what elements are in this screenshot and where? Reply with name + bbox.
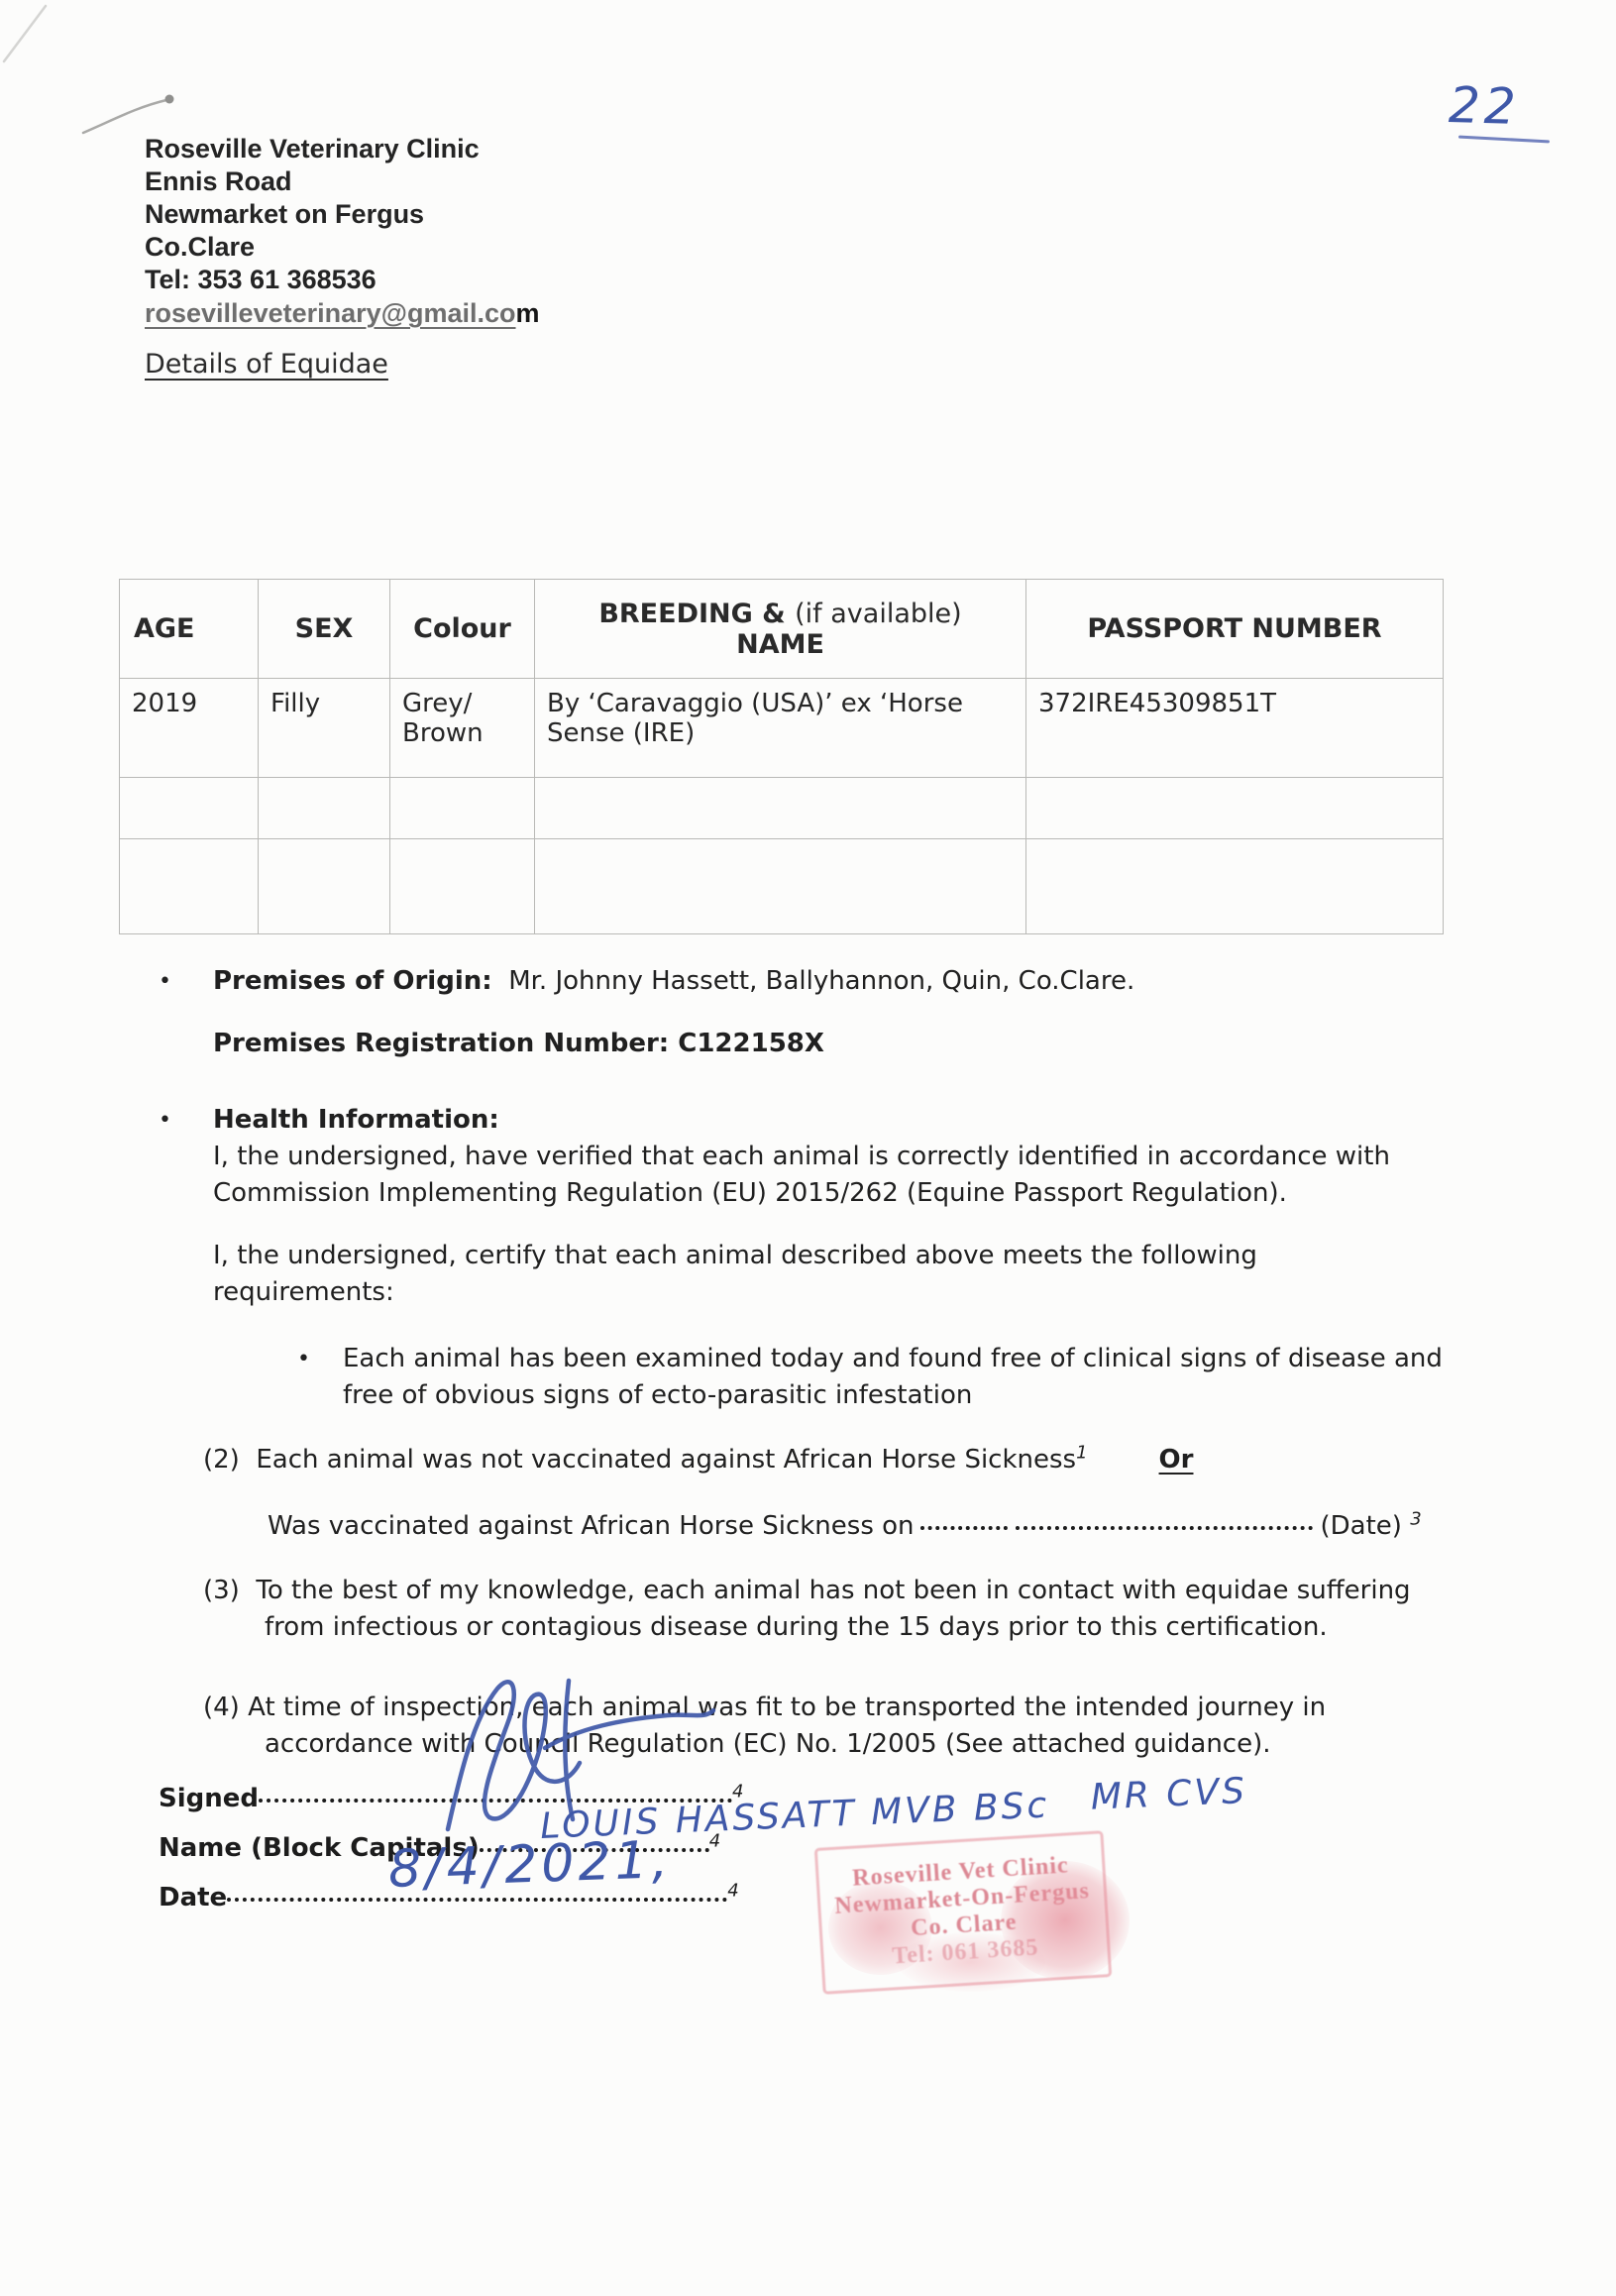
column-header-passport: PASSPORT NUMBER <box>1026 580 1444 679</box>
table-row-empty <box>120 839 1444 934</box>
item-3-text: To the best of my knowledge, each animal… <box>256 1576 1410 1642</box>
premises-label: Premises of Origin: <box>213 966 492 996</box>
cell-empty <box>259 839 390 934</box>
date-label: Date <box>159 1883 227 1913</box>
item-2b: Was vaccinated against African Horse Sic… <box>268 1508 1476 1545</box>
examined-item-text: Each animal has been examined today and … <box>343 1341 1476 1414</box>
or-word: Or <box>1159 1445 1194 1475</box>
section-title-details-of-equidae: Details of Equidae <box>145 349 388 380</box>
footnote-marker-1: 1 <box>1076 1442 1087 1463</box>
colour-line2: Brown <box>402 718 484 748</box>
equidae-table: AGE SEX Colour BREEDING & (if available)… <box>119 579 1444 934</box>
page-number-underline <box>1458 136 1550 144</box>
breeding-header-note: (if available) <box>795 599 962 629</box>
colour-line1: Grey/ <box>402 689 472 718</box>
address-line-2: Newmarket on Fergus <box>145 198 540 231</box>
handwritten-qualifications: MR CVS <box>1090 1771 1248 1818</box>
column-header-sex: SEX <box>259 580 390 679</box>
email-link[interactable]: rosevilleveterinary@gmail.co <box>145 298 516 328</box>
breeding-line1: By ‘Caravaggio (USA)’ ex ‘Horse <box>547 689 963 718</box>
item-2-text: Each animal was not vaccinated against A… <box>256 1445 1076 1475</box>
cell-colour: Grey/Brown <box>390 679 535 778</box>
item-3: (3) To the best of my knowledge, each an… <box>203 1573 1476 1646</box>
handwritten-date: 8/4/2021, <box>387 1830 673 1900</box>
table-row-empty <box>120 778 1444 839</box>
cell-sex: Filly <box>259 679 390 778</box>
cell-empty <box>390 839 535 934</box>
dotted-blank-long <box>1016 1522 1313 1530</box>
bullet-icon: • <box>297 1341 343 1377</box>
cell-empty <box>535 839 1026 934</box>
item-2: (2) Each animal was not vaccinated again… <box>203 1442 1476 1478</box>
health-paragraph-1: I, the undersigned, have verified that e… <box>213 1139 1452 1212</box>
bullet-icon: • <box>159 963 213 1000</box>
letterhead: Roseville Veterinary Clinic Ennis Road N… <box>145 133 540 330</box>
footnote-marker-4: 4 <box>727 1880 738 1901</box>
cell-passport: 372IRE45309851T <box>1026 679 1444 778</box>
health-label: Health Information: <box>213 1102 1452 1139</box>
cell-breeding: By ‘Caravaggio (USA)’ ex ‘HorseSense (IR… <box>535 679 1026 778</box>
bullet-icon: • <box>159 1102 213 1139</box>
clinic-name: Roseville Veterinary Clinic <box>145 133 540 165</box>
cell-empty <box>1026 778 1444 839</box>
column-header-breeding: BREEDING & (if available)NAME <box>535 580 1026 679</box>
premises-registration-line: Premises Registration Number: C122158X <box>213 1026 1476 1062</box>
item-2-number: (2) <box>203 1445 240 1475</box>
address-line-1: Ennis Road <box>145 165 540 198</box>
footnote-marker-3: 3 <box>1410 1508 1421 1529</box>
address-line-3: Co.Clare <box>145 231 540 264</box>
dotted-blank-short <box>920 1522 1008 1530</box>
premises-value: Mr. Johnny Hassett, Ballyhannon, Quin, C… <box>508 966 1134 996</box>
health-information-row: • Health Information: I, the undersigned… <box>159 1102 1476 1212</box>
email-line: rosevilleveterinary@gmail.com <box>145 297 540 330</box>
cell-empty <box>120 839 259 934</box>
clinic-stamp: Roseville Vet Clinic Newmarket-On-Fergus… <box>814 1830 1112 1995</box>
health-paragraph-2: I, the undersigned, certify that each an… <box>213 1238 1432 1311</box>
item-4-text: At time of inspection, each animal was f… <box>248 1693 1326 1759</box>
cell-empty <box>535 778 1026 839</box>
breeding-header-name: NAME <box>736 629 824 660</box>
table-row: 2019 Filly Grey/Brown By ‘Caravaggio (US… <box>120 679 1444 778</box>
cell-age: 2019 <box>120 679 259 778</box>
cell-empty <box>259 778 390 839</box>
cell-empty <box>120 778 259 839</box>
scanned-certificate-page: 22 Roseville Veterinary Clinic Ennis Roa… <box>0 0 1616 2296</box>
date-label-inline: (Date) <box>1321 1511 1402 1541</box>
item-2b-text: Was vaccinated against African Horse Sic… <box>268 1511 915 1541</box>
signed-label: Signed <box>159 1784 259 1813</box>
breeding-line2: Sense (IRE) <box>547 718 695 748</box>
email-suffix: m <box>516 298 540 328</box>
table-header-row: AGE SEX Colour BREEDING & (if available)… <box>120 580 1444 679</box>
breeding-header-main: BREEDING & <box>598 599 785 629</box>
item-3-number: (3) <box>203 1576 240 1605</box>
column-header-colour: Colour <box>390 580 535 679</box>
item-4: (4) At time of inspection, each animal w… <box>203 1690 1476 1763</box>
cell-empty <box>1026 839 1444 934</box>
column-header-age: AGE <box>120 580 259 679</box>
cell-empty <box>390 778 535 839</box>
certificate-body: • Premises of Origin: Mr. Johnny Hassett… <box>159 963 1476 1763</box>
handwritten-page-number: 22 <box>1448 76 1520 136</box>
examined-item-row: • Each animal has been examined today an… <box>297 1341 1476 1414</box>
item-4-number: (4) <box>203 1693 240 1722</box>
phone-line: Tel: 353 61 368536 <box>145 264 540 296</box>
premises-of-origin-row: • Premises of Origin: Mr. Johnny Hassett… <box>159 963 1476 1000</box>
